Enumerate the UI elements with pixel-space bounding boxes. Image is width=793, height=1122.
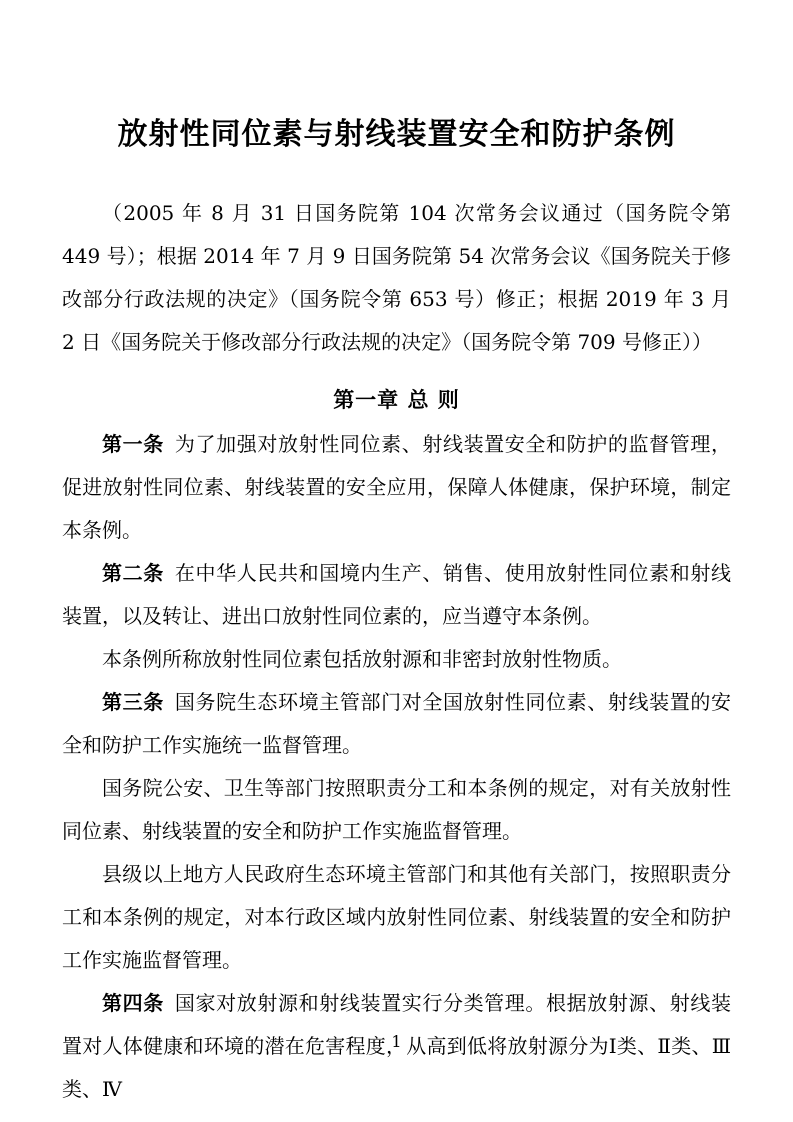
article-1-label: 第一条 (102, 432, 164, 456)
paragraph-article-3-continuation-2: 县级以上地方人民政府生态环境主管部门和其他有关部门，按照职责分工和本条例的规定，… (62, 853, 731, 982)
document-body: 第一条为了加强对放射性同位素、射线装置安全和防护的监督管理，促进放射性同位素、射… (62, 423, 731, 1111)
document-page: 放射性同位素与射线装置安全和防护条例 （2005 年 8 月 31 日国务院第 … (0, 0, 793, 1122)
paragraph-article-3-continuation-1: 国务院公安、卫生等部门按照职责分工和本条例的规定，对有关放射性同位素、射线装置的… (62, 767, 731, 853)
article-2-label: 第二条 (102, 561, 164, 585)
article-4-label: 第四条 (102, 991, 164, 1015)
paragraph-article-3: 第三条国务院生态环境主管部门对全国放射性同位素、射线装置的安全和防护工作实施统一… (62, 681, 731, 767)
preamble-paragraph: （2005 年 8 月 31 日国务院第 104 次常务会议通过（国务院令第 4… (62, 192, 731, 364)
page-number: 1 (0, 1032, 793, 1052)
document-title: 放射性同位素与射线装置安全和防护条例 (62, 0, 731, 158)
chapter-heading: 第一章 总 则 (62, 378, 731, 421)
paragraph-article-2: 第二条在中华人民共和国境内生产、销售、使用放射性同位素和射线装置，以及转让、进出… (62, 552, 731, 638)
paragraph-article-2-continuation: 本条例所称放射性同位素包括放射源和非密封放射性物质。 (62, 638, 731, 681)
paragraph-article-1: 第一条为了加强对放射性同位素、射线装置安全和防护的监督管理，促进放射性同位素、射… (62, 423, 731, 552)
article-3-label: 第三条 (102, 690, 164, 714)
